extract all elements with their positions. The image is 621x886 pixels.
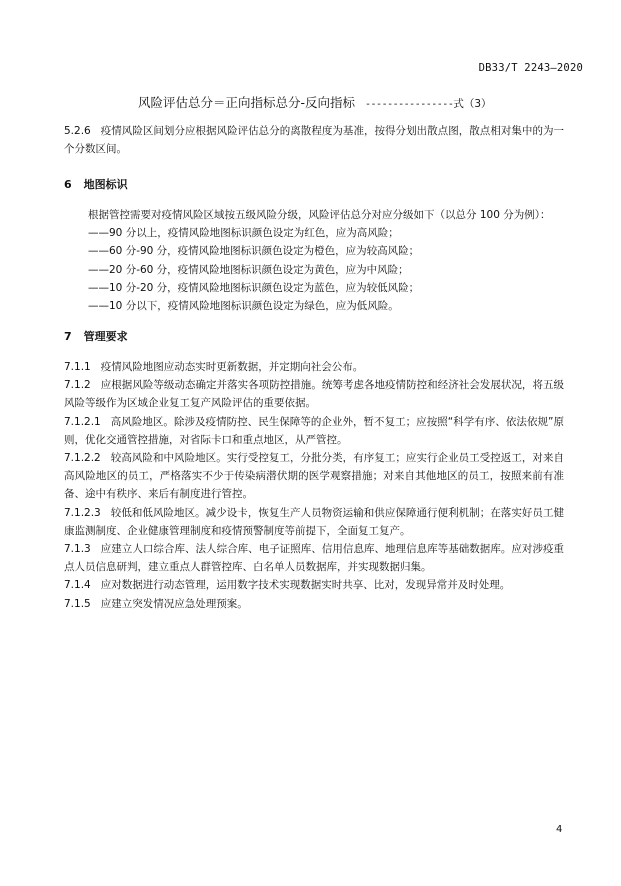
clause-text: 高风险地区。除涉及疫情防控、民生保障等的企业外，暂不复工；应按照“科学有序、依法… <box>64 416 564 446</box>
heading-number: 7 <box>64 330 72 343</box>
clause-number: 7.1.5 <box>64 598 91 610</box>
clause-5-2-6: 5.2.6疫情风险区间划分应根据风险评估总分的离散程度为基准，按得分划出散点图，… <box>64 122 564 158</box>
list-item: ——20 分-60 分，疫情风险地图标识颜色设定为黄色，应为中风险； <box>88 261 550 279</box>
clause-text: 疫情风险区间划分应根据风险评估总分的离散程度为基准，按得分划出散点图，散点相对集… <box>64 125 564 155</box>
clause-number: 7.1.1 <box>64 361 91 373</box>
risk-level-list: 根据管控需要对疫情风险区域按五级风险分级，风险评估总分对应分级如下（以总分 10… <box>88 206 550 315</box>
clause-number: 7.1.3 <box>64 543 91 555</box>
section-7-clauses: 7.1.1疫情风险地图应动态实时更新数据，并定期向社会公布。 7.1.2应根据风… <box>64 358 564 613</box>
section-heading-6: 6地图标识 <box>64 176 128 192</box>
list-intro: 根据管控需要对疫情风险区域按五级风险分级，风险评估总分对应分级如下（以总分 10… <box>88 206 550 224</box>
list-item: ——10 分-20 分，疫情风险地图标识颜色设定为蓝色，应为较低风险； <box>88 279 550 297</box>
heading-title: 管理要求 <box>84 330 128 343</box>
clause-text: 较高风险和中风险地区。实行受控复工，分批分类，有序复工；应实行企业员工受控返工，… <box>64 452 564 500</box>
equation-label: 式（3） <box>453 98 491 110</box>
clause-number: 7.1.2.3 <box>64 507 101 519</box>
list-item: ——90 分以上，疫情风险地图标识颜色设定为红色，应为高风险； <box>88 224 550 242</box>
clause-number: 7.1.4 <box>64 579 91 591</box>
formula-text: 风险评估总分＝正向指标总分-反向指标 <box>138 95 355 110</box>
clause: 7.1.2.1高风险地区。除涉及疫情防控、民生保障等的企业外，暂不复工；应按照“… <box>64 413 564 449</box>
clause-text: 应建立人口综合库、法人综合库、电子证照库、信用信息库、地理信息库等基础数据库。应… <box>64 543 564 573</box>
page-number: 4 <box>556 824 562 835</box>
list-item: ——10 分以下，疫情风险地图标识颜色设定为绿色，应为低风险。 <box>88 297 550 315</box>
clause-text: 较低和低风险地区。减少设卡，恢复生产人员物资运输和供应保障通行便利机制；在落实好… <box>64 507 564 537</box>
heading-number: 6 <box>64 178 72 191</box>
section-heading-7: 7管理要求 <box>64 328 128 344</box>
heading-title: 地图标识 <box>84 178 128 191</box>
clause-number: 7.1.2.2 <box>64 452 101 464</box>
clause: 7.1.4应对数据进行动态管理，运用数字技术实现数据实时共享、比对，发现异常并及… <box>64 576 564 594</box>
document-page: DB33/T 2243—2020 风险评估总分＝正向指标总分-反向指标-----… <box>0 0 621 886</box>
clause: 7.1.2.2较高风险和中风险地区。实行受控复工，分批分类，有序复工；应实行企业… <box>64 449 564 504</box>
clause-text: 应对数据进行动态管理，运用数字技术实现数据实时共享、比对，发现异常并及时处理。 <box>101 579 511 591</box>
standard-code: DB33/T 2243—2020 <box>479 62 583 74</box>
clause: 7.1.5应建立突发情况应急处理预案。 <box>64 595 564 613</box>
clause-number: 5.2.6 <box>64 125 91 137</box>
clause: 7.1.1疫情风险地图应动态实时更新数据，并定期向社会公布。 <box>64 358 564 376</box>
clause: 7.1.3应建立人口综合库、法人综合库、电子证照库、信用信息库、地理信息库等基础… <box>64 540 564 576</box>
formula-line: 风险评估总分＝正向指标总分-反向指标----------------式（3） <box>138 93 492 111</box>
list-item: ——60 分-90 分，疫情风险地图标识颜色设定为橙色，应为较高风险； <box>88 242 550 260</box>
clause: 7.1.2应根据风险等级动态确定并落实各项防控措施。统筹考虑各地疫情防控和经济社… <box>64 376 564 412</box>
formula-dashes: ---------------- <box>365 99 453 110</box>
clause: 7.1.2.3较低和低风险地区。减少设卡，恢复生产人员物资运输和供应保障通行便利… <box>64 504 564 540</box>
clause-number: 7.1.2 <box>64 379 91 391</box>
clause-number: 7.1.2.1 <box>64 416 101 428</box>
clause-text: 应根据风险等级动态确定并落实各项防控措施。统筹考虑各地疫情防控和经济社会发展状况… <box>64 379 564 409</box>
clause-text: 疫情风险地图应动态实时更新数据，并定期向社会公布。 <box>101 361 364 373</box>
clause-text: 应建立突发情况应急处理预案。 <box>101 598 248 610</box>
